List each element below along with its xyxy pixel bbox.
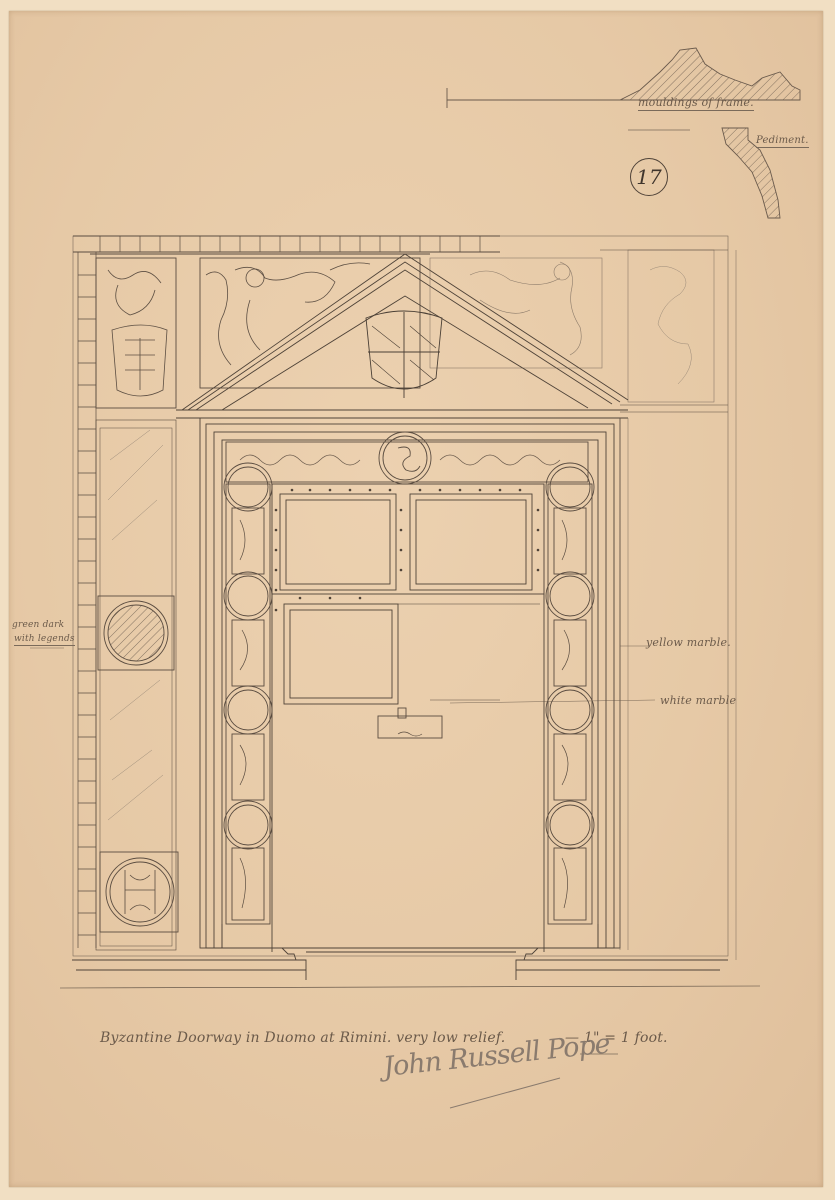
- door-lock-plate: [378, 708, 442, 738]
- cherub-panel-right: [430, 258, 602, 368]
- annotation-white-marble: white marble: [660, 694, 736, 707]
- door-leaf: [272, 484, 544, 952]
- heraldic-panel-left: [96, 258, 176, 408]
- monogram-medallion-panel: [100, 852, 178, 932]
- right-jamb-ornaments: [546, 463, 594, 924]
- left-jamb-ornaments: [224, 463, 272, 924]
- annotation-yellow-marble: yellow marble.: [646, 636, 731, 649]
- annotation-mouldings: mouldings of frame.: [638, 96, 754, 111]
- annotation-with-legends: with legends: [14, 634, 75, 646]
- dentil-band: [73, 236, 500, 254]
- drawing-title-caption: Byzantine Doorway in Duomo at Rimini. ve…: [100, 1030, 505, 1046]
- sheet-number: 17: [636, 165, 661, 189]
- faint-panel-right: [628, 250, 714, 402]
- pediment: [176, 254, 628, 418]
- doorway-elevation-drawing: [0, 0, 835, 1200]
- left-dentil-strip: [78, 252, 96, 948]
- annotation-pediment: Pediment.: [756, 135, 809, 148]
- cherub-panel-left: [200, 258, 420, 388]
- pediment-shield: [366, 311, 442, 398]
- sheet-number-badge: 17: [630, 158, 668, 196]
- lintel-medallion: [383, 436, 427, 480]
- door-studs: [275, 489, 540, 612]
- annotation-green-dark: green dark: [12, 620, 64, 630]
- lintel-frieze: [226, 442, 588, 482]
